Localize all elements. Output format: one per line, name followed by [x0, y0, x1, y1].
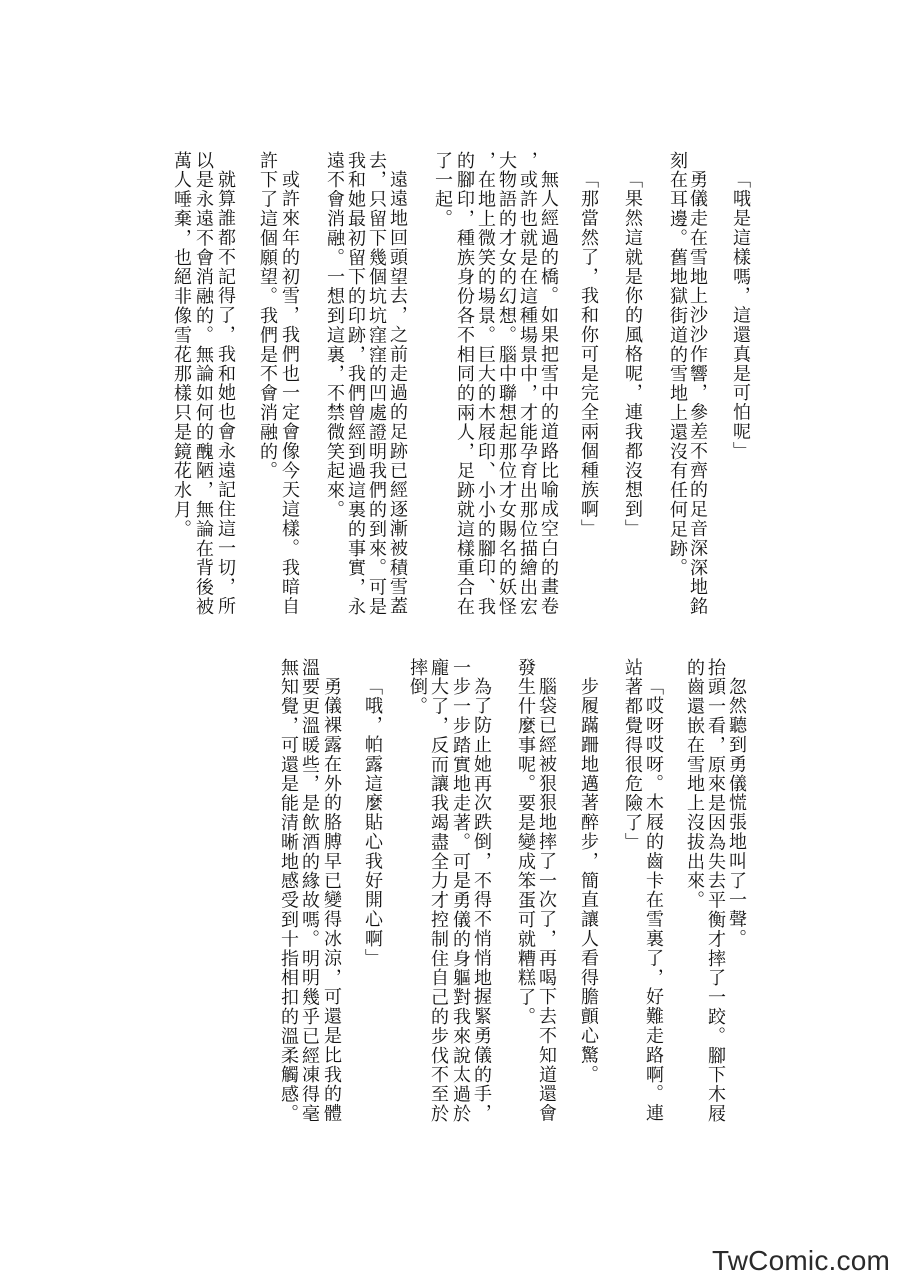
text-column: 「哦是這樣嗎，這還真是可怕呢」	[730, 170, 750, 461]
text-column: 刻在耳邊。舊地獄街道的雪地上還沒有任何足跡。	[667, 151, 687, 578]
text-column: 的齒還嵌在雪地上沒拔出來。	[684, 658, 704, 910]
text-column: 腦袋已經被狠狠地摔了一次了，再喝下去不知道還會	[536, 677, 556, 1123]
text-column: 遠遠地回頭望去，之前走過的足跡已經逐漸被積雪蓋	[387, 170, 407, 616]
text-column: 「哎呀哎呀。木屐的齒卡在雪裏了，好難走路啊。連	[643, 677, 663, 1123]
text-column: 「哦，帕露這麼貼心我好開心啊」	[362, 677, 382, 968]
text-column: 遠不會消融。一想到這裏，不禁微笑起來。	[324, 151, 344, 520]
text-column: 勇儀走在雪地上沙沙作響，參差不齊的足音深深地銘	[687, 170, 707, 616]
text-column: ，或許也就是在這種場景中，才能孕育出那位描繪出宏	[517, 151, 537, 617]
text-column: 忽然聽到勇儀慌張地叫了一聲。	[726, 677, 746, 949]
text-column: 勇儀裸露在外的胳膊早已變得冰涼，可還是比我的體	[321, 677, 341, 1123]
text-column: 萬人唾棄，也絕非像雪花那樣只是鏡花水月。	[171, 151, 191, 539]
text-column: 發生什麼事呢。要是變成笨蛋可就糟糕了。	[515, 658, 535, 1027]
text-column: 許下了這個願望。我們是不會消融的。	[257, 151, 277, 481]
text-column: 抬頭一看，原來是因為失去平衡才摔了一跤。腳下木屐	[705, 658, 725, 1124]
text-column: 我和她最初留下的印跡，我們曾經到過這裏的事實，永	[345, 151, 365, 617]
text-column: 步履蹣跚地邁著醉步，簡直讓人看得膽顫心驚。	[578, 677, 598, 1084]
text-column: ，在地上微笑的場景。巨大的木屐印、小小的腳印、我	[475, 151, 495, 617]
text-column: 站著都覺得很危險了」	[622, 658, 642, 852]
text-column: 或許來年的初雪，我們也一定會像今天這樣。我暗自	[279, 170, 299, 616]
site-watermark: TwComic.com	[712, 1244, 890, 1278]
text-column: 為了防止她再次跌倒，不得不悄悄地握緊勇儀的手，	[471, 677, 491, 1123]
text-column: 溫要更溫暖些，是飲酒的緣故嗎。明明幾乎已經凍得毫	[299, 658, 319, 1124]
text-column: 就算誰都不記得了，我和她也會永遠記住這一切，所	[215, 170, 235, 616]
scanned-text-page: 「哦是這樣嗎，這還真是可怕呢」 勇儀走在雪地上沙沙作響，參差不齊的足音深深地銘 …	[0, 0, 900, 1282]
text-column: 了一起。	[432, 151, 452, 229]
text-column: 無人經過的橋。如果把雪中的道路比喻成空白的畫卷	[538, 170, 558, 616]
text-column: 摔倒。	[407, 658, 427, 716]
text-column: 去，只留下幾個坑坑窪窪的凹處證明我們的到來。可是	[366, 151, 386, 617]
text-column: 龐大了，反而讓我竭盡全力才控制住自己的步伐不至於	[428, 658, 448, 1124]
text-column: 大物語的才女的幻想。腦中聯想起那位才女賜名的妖怪	[496, 151, 516, 617]
text-column: 「果然這就是你的風格呢，連我都沒想到」	[622, 170, 642, 539]
text-column: 以是永遠不會消融的。無論如何的醜陋，無論在背後被	[193, 151, 213, 617]
text-column: 無知覺，可還是能清晰地感受到十指相扣的溫柔觸感。	[278, 658, 298, 1124]
text-column: 一步一步踏實地走著。可是勇儀的身軀對我來說太過於	[450, 658, 470, 1124]
text-column: 的腳印，種族身份各不相同的兩人，足跡就這樣重合在	[454, 151, 474, 617]
text-column: 「那當然了，我和你可是完全兩個種族啊」	[578, 170, 598, 539]
